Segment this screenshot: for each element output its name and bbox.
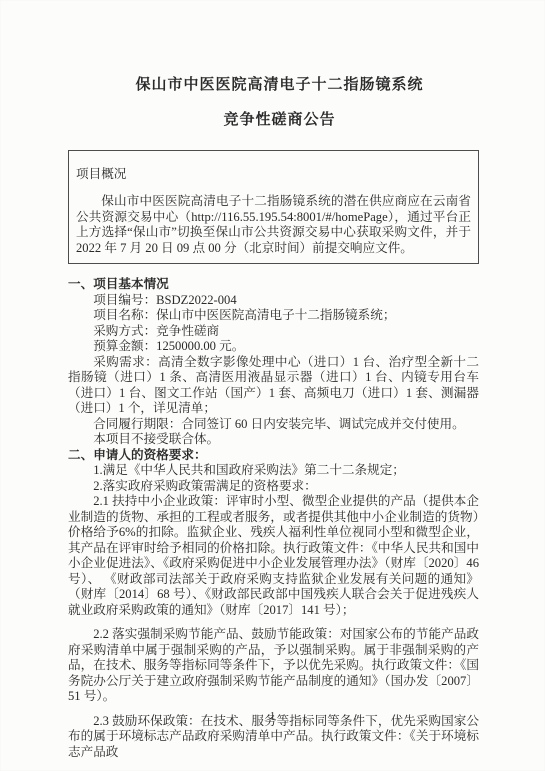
document-page: 保山市中医医院高清电子十二指肠镜系统 竞争性磋商公告 项目概况 保山市中医医院高… <box>0 0 545 771</box>
document-title-line1: 保山市中医医院高清电子十二指肠镜系统 <box>14 68 545 103</box>
section1-heading: 一、项目基本情况 <box>68 277 479 293</box>
document-title: 保山市中医医院高清电子十二指肠镜系统 竞争性磋商公告 <box>14 68 545 138</box>
document-title-line2: 竞争性磋商公告 <box>14 103 545 138</box>
page-number: 1 <box>0 710 545 722</box>
policy-paragraph-2-1: 2.1 扶持中小企业政策：评审时小型、微型企业提供的产品（提供本企业制造的货物、… <box>68 494 479 618</box>
project-number-line: 项目编号：BSDZ2022-004 <box>68 293 479 309</box>
document-content: 项目概况 保山市中医医院高清电子十二指肠镜系统的潜在供应商应在云南省公共资源交易… <box>68 150 479 760</box>
project-name-line: 项目名称：保山市中医医院高清电子十二指肠镜系统； <box>68 308 479 324</box>
overview-body-paragraph: 保山市中医医院高清电子十二指肠镜系统的潜在供应商应在云南省公共资源交易中心（ht… <box>76 194 471 256</box>
no-consortium-line: 本项目不接受联合体。 <box>68 432 479 448</box>
contract-period-line: 合同履行期限：合同签订 60 日内安装完毕、调试完成并交付使用。 <box>68 417 479 433</box>
procurement-method-line: 采购方式：竞争性磋商 <box>68 324 479 340</box>
section2-heading: 二、申请人的资格要求： <box>68 448 479 464</box>
procurement-requirements-paragraph: 采购需求：高清全数字影像处理中心（进口）1 台、治疗型全新十二指肠镜（进口）1 … <box>68 355 479 417</box>
qualification-item-1: 1.满足《中华人民共和国政府采购法》第二十二条规定； <box>68 463 479 479</box>
qualification-item-2: 2.落实政府采购政策需满足的资格要求： <box>68 479 479 495</box>
document-body: 一、项目基本情况 项目编号：BSDZ2022-004 项目名称：保山市中医医院高… <box>68 277 479 760</box>
policy-paragraph-2-2: 2.2 落实强制采购节能产品、鼓励节能政策：对国家公布的节能产品政府采购清单中属… <box>68 627 479 705</box>
overview-heading: 项目概况 <box>76 166 471 183</box>
project-overview-box: 项目概况 保山市中医医院高清电子十二指肠镜系统的潜在供应商应在云南省公共资源交易… <box>68 150 479 264</box>
budget-line: 预算金额：1250000.00 元。 <box>68 339 479 355</box>
